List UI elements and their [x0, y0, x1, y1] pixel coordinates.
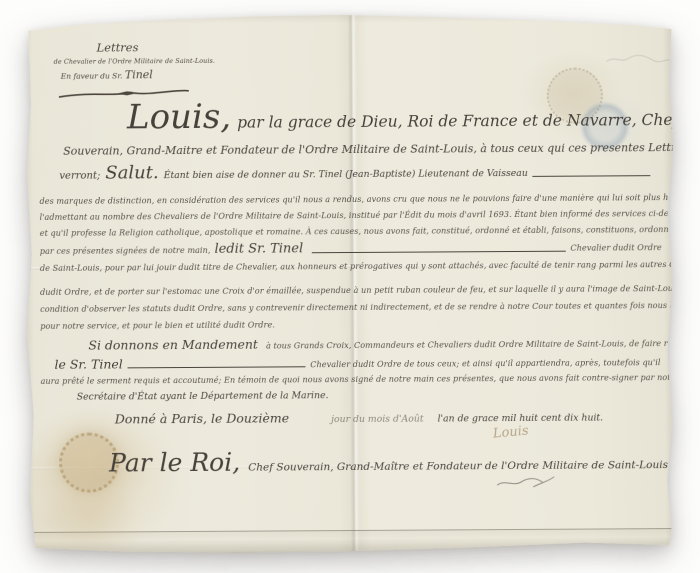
document-photo: Lettres de Chevalier de l'Ordre Militair…: [0, 0, 700, 573]
opening-line: Louis, par la grace de Dieu, Roi de Fran…: [127, 97, 661, 134]
body-line: l'admettant au nombre des Chevaliers de …: [40, 208, 662, 222]
water-stain: [41, 482, 137, 553]
parchment-sheet: Lettres de Chevalier de l'Ordre Militair…: [22, 11, 677, 555]
salut-after: Étant bien aise de donner au Sr. Tinel (…: [164, 168, 528, 181]
mandement-rest: à tous Grands Croix, Commandeurs et Chev…: [266, 338, 700, 351]
appointment-line: par ces présentes signées de notre main,…: [40, 239, 662, 258]
date-line: Donné à Paris, le Douzième jour du mois …: [115, 408, 603, 426]
appointment-after: Chevalier dudit Ordre: [570, 242, 661, 253]
docket-subtitle: de Chevalier de l'Ordre Militaire de Sai…: [54, 57, 251, 66]
blank-rule: [533, 175, 651, 177]
docket-beneficiary-lead: En faveur du Sr.: [61, 71, 123, 80]
body-line: condition d'observer les statuts dudit O…: [40, 300, 662, 314]
docket-beneficiary-name: Tinel: [125, 68, 153, 81]
body-line: dudit Ordre, et de porter sur l'estomac …: [40, 283, 662, 297]
body-line: Secrétaire d'État ayant le Département d…: [77, 390, 329, 403]
pencil-scribble-icon: [605, 51, 675, 71]
royal-signature: Louis: [492, 423, 529, 441]
par-le-roi-line: Par le Roi, Chef Souverain, Grand-Maître…: [109, 447, 649, 475]
countersignature-flourish-icon: [493, 473, 557, 495]
body-line: et qu'il professe la Religion catholique…: [40, 224, 662, 238]
body-line: de Saint-Louis, pour par lui jouir dudit…: [40, 259, 662, 273]
royal-name: Louis,: [127, 100, 231, 135]
salut-before: verront;: [59, 171, 100, 182]
blank-rule: [312, 251, 565, 254]
recognize-name: le Sr. Tinel: [54, 356, 122, 371]
parchment-surface: Lettres de Chevalier de l'Ordre Militair…: [22, 11, 677, 555]
par-le-roi-lead: Par le Roi,: [109, 450, 240, 476]
date-end: l'an de grace mil huit cent dix huit.: [438, 412, 604, 424]
salut-word: Salut.: [105, 164, 158, 182]
sovereign-line: Souverain, Grand-Maitre et Fondateur de …: [63, 141, 653, 158]
par-le-roi-rest: Chef Souverain, Grand-Maître et Fondateu…: [248, 459, 671, 474]
docket-note: Lettres de Chevalier de l'Ordre Militair…: [41, 40, 251, 103]
mandement-line: Si donnons en Mandement à tous Grands Cr…: [88, 334, 658, 352]
blank-rule: [128, 366, 305, 368]
recognize-line: le Sr. Tinel Chevalier dudit Ordre de to…: [54, 353, 660, 372]
body-line: des marques de distinction, en considéra…: [39, 192, 661, 206]
opening-rest: par la grace de Dieu, Roi de France et d…: [237, 111, 678, 132]
body-line: pour notre service, et pour le bien et u…: [40, 319, 275, 330]
date-mid: jour du mois d'Août: [331, 414, 423, 426]
appointment-name: ledit Sr. Tinel: [214, 241, 303, 257]
appointment-before: par ces présentes signées de notre main,: [40, 245, 211, 256]
docket-title: Lettres: [97, 40, 251, 55]
date-lead: Donné à Paris, le Douzième: [115, 410, 289, 426]
recognize-rest: Chevalier dudit Ordre de tous ceux; et a…: [310, 357, 660, 369]
body-line: aura prêté le serment requis et accoutum…: [41, 372, 663, 386]
salut-line: verront; Salut. Étant bien aise de donne…: [59, 161, 655, 183]
mandement-lead: Si donnons en Mandement: [88, 337, 258, 353]
